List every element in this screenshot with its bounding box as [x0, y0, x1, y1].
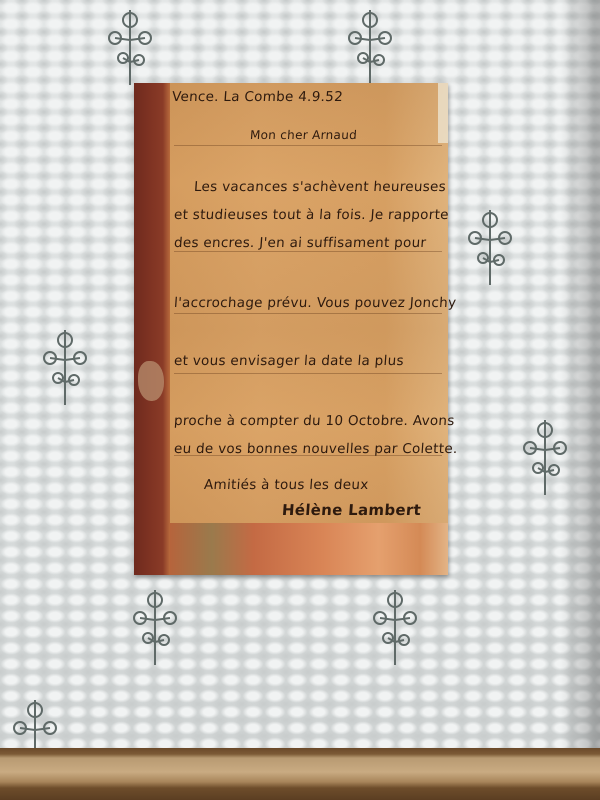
wooden-frame-edge	[0, 748, 600, 800]
floral-motif	[335, 0, 405, 90]
floral-motif	[510, 410, 580, 500]
letter-line: Les vacances s'achèvent heureuses	[193, 179, 446, 195]
ruled-line	[174, 251, 442, 252]
card-spine	[134, 83, 170, 575]
ruled-line	[174, 145, 442, 146]
letter-line: et vous envisager la date la plus	[173, 353, 404, 369]
floral-motif	[455, 200, 525, 290]
letter-line: et studieuses tout à la fois. Je rapport…	[173, 207, 449, 223]
floral-motif	[30, 320, 100, 410]
letter-line: des encres. J'en ai suffisament pour	[173, 235, 426, 251]
card-edge-wear	[438, 83, 448, 143]
letter-card: Vence. La Combe 4.9.52 Mon cher Arnaud L…	[134, 83, 448, 575]
letter-line: eu de vos bonnes nouvelles par Colette.	[173, 441, 458, 457]
letter-salutation: Mon cher Arnaud	[250, 128, 358, 142]
worn-patch	[138, 361, 164, 401]
letter-line: proche à compter du 10 Octobre. Avons	[173, 413, 455, 429]
letter-line: l'accrochage prévu. Vous pouvez Jonchy	[173, 295, 456, 311]
ruled-line	[174, 373, 442, 374]
collage-strip	[170, 523, 448, 575]
floral-motif	[120, 580, 190, 670]
letter-closing: Amitiés à tous les deux	[203, 477, 369, 493]
letter-signature: Hélène Lambert	[281, 501, 421, 519]
floral-motif	[95, 0, 165, 90]
floral-motif	[360, 580, 430, 670]
letter-place-date: Vence. La Combe 4.9.52	[171, 89, 343, 105]
ruled-line	[174, 313, 442, 314]
